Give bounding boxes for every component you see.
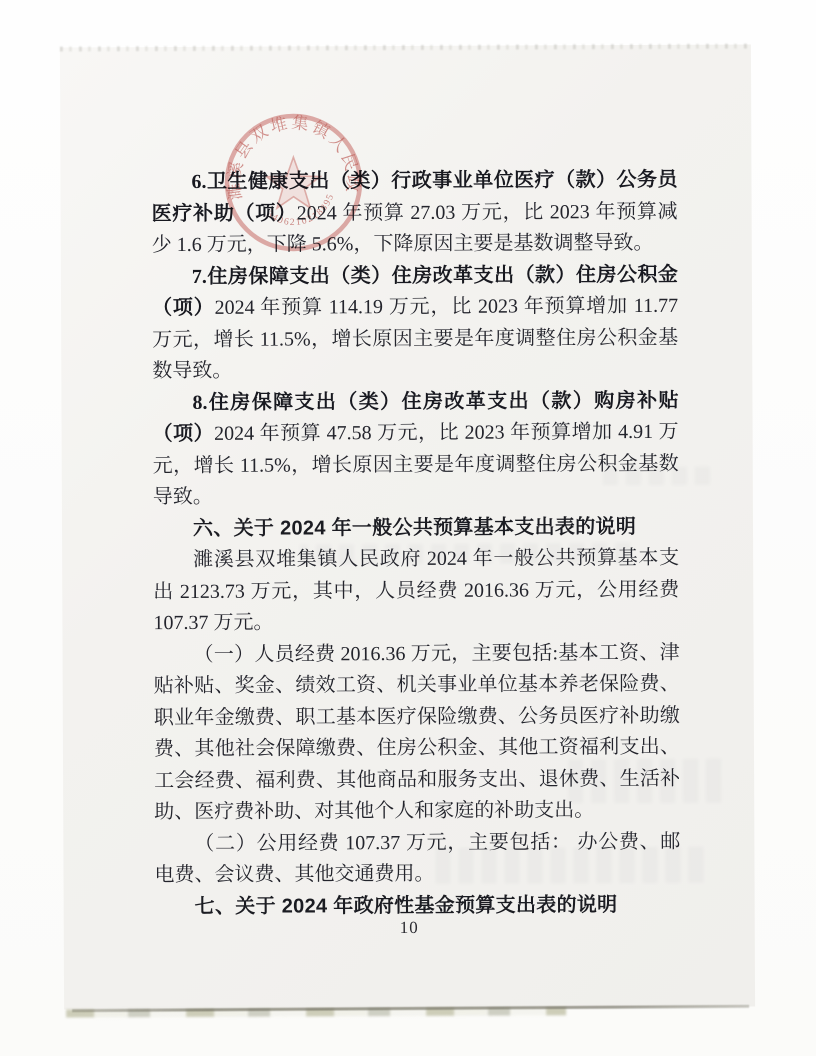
paragraph-housing-fund: 7.住房保障支出（类）住房改革支出（款）住房公积金（项）2024 年预算 114… [152,259,679,387]
expenditure-item-detail: 2024 年预算 47.58 万元，比 2023 年预算增加 4.91 万元，增… [153,421,679,508]
paragraph-housing-subsidy: 8.住房保障支出（类）住房改革支出（款）购房补贴（项）2024 年预算 47.5… [152,385,679,513]
paragraph-personnel-funds: （一）人员经费 2016.36 万元，主要包括:基本工资、津贴补贴、奖金、绩效工… [153,637,680,828]
scanned-page: 6.卫生健康支出（类）行政事业单位医疗（款）公务员医疗补助（项）2024 年预算… [0,0,816,1056]
section-heading-six: 六、关于 2024 年一般公共预算基本支出表的说明 [153,511,679,545]
scan-edge-smudge [66,1007,566,1017]
paper-sheet: 6.卫生健康支出（类）行政事业单位医疗（款）公务员医疗补助（项）2024 年预算… [60,44,755,1009]
paragraph-basic-expenditure-total: 濉溪县双堆集镇人民政府 2024 年一般公共预算基本支出 2123.73 万元，… [153,543,679,640]
document-body: 6.卫生健康支出（类）行政事业单位医疗（款）公务员医疗补助（项）2024 年预算… [151,165,680,923]
paragraph-health-expenditure: 6.卫生健康支出（类）行政事业单位医疗（款）公务员医疗补助（项）2024 年预算… [151,165,677,262]
paragraph-public-funds: （二）公用经费 107.37 万元，主要包括： 办公费、邮电费、会议费、其他交通… [154,826,680,891]
page-number: 10 [64,916,755,939]
expenditure-item-detail: 2024 年预算 114.19 万元，比 2023 年预算增加 11.77 万元… [152,295,678,382]
